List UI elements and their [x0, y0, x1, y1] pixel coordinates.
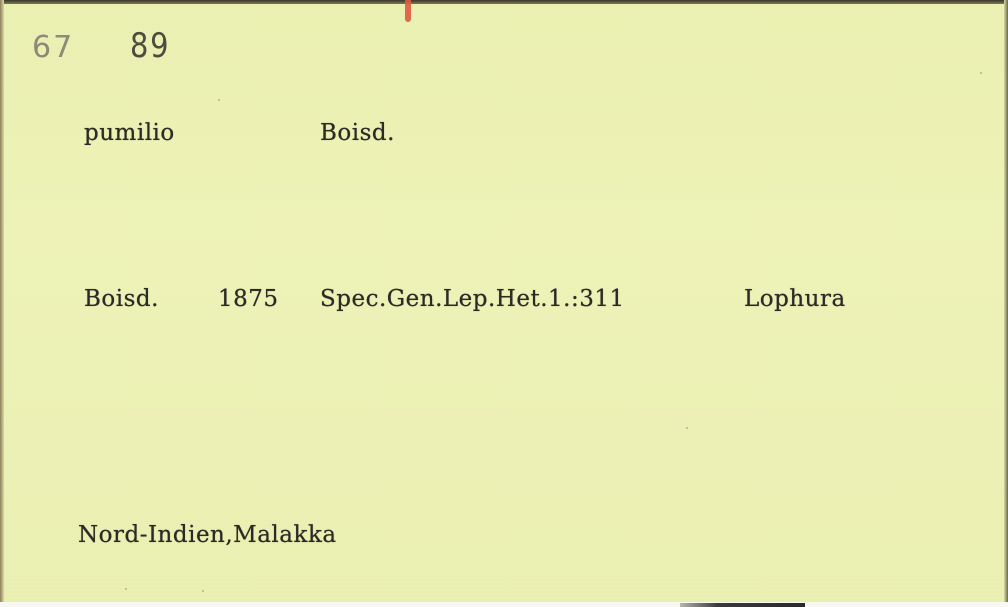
reference-author: Boisd. [84, 286, 159, 312]
index-card: 67 89 pumilio Boisd. Boisd. 1875 Spec.Ge… [0, 0, 1008, 607]
paper-speck [125, 588, 127, 590]
card-left-edge [0, 0, 4, 607]
card-bottom-edge [0, 602, 1008, 607]
reference-citation: Spec.Gen.Lep.Het.1.:311 [320, 286, 625, 312]
paper-speck [980, 72, 982, 74]
card-top-edge [0, 0, 1008, 4]
old-catalog-number: 67 [32, 30, 74, 65]
card-bottom-shadow [680, 603, 805, 607]
new-catalog-number: 89 [130, 26, 170, 66]
card-right-edge [1004, 0, 1008, 607]
paper-speck [686, 427, 688, 429]
species-name: pumilio [84, 120, 175, 146]
species-author: Boisd. [320, 120, 395, 146]
locality: Nord-Indien,Malakka [78, 522, 337, 548]
original-genus: Lophura [744, 286, 846, 312]
reference-year: 1875 [218, 286, 279, 312]
red-marker-tab [405, 0, 411, 22]
paper-speck [218, 99, 220, 101]
paper-speck [202, 590, 204, 592]
